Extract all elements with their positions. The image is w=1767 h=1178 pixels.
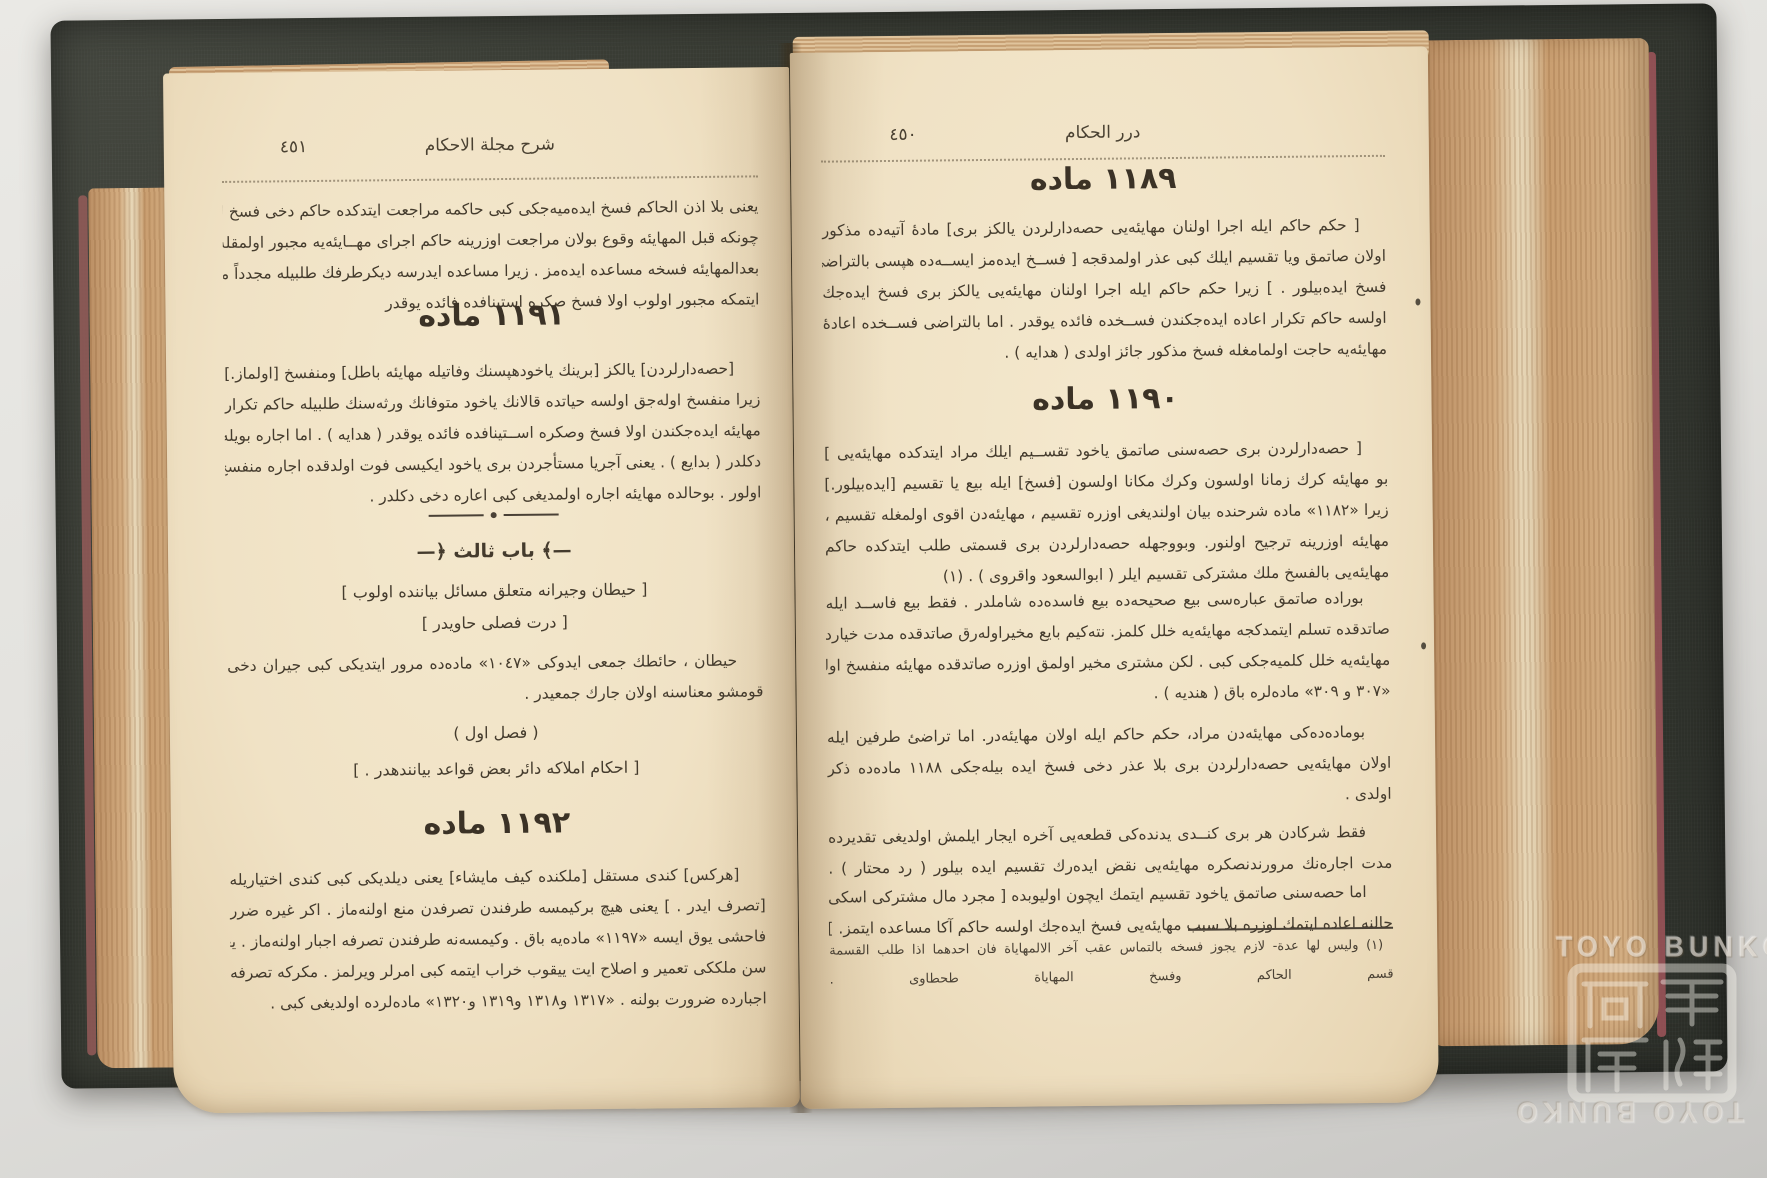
book-photo-scene: ٤٥١ شرح مجلة الاحكام يعنى بلا اذن الحاكم…: [0, 0, 1767, 1178]
text-line: اولان مهايئه‌يى حصه‌دارلردن برى بلا عذر …: [827, 748, 1391, 785]
chapter-note-1: [ حيطان وجيرانه متعلق مسائل بياننده اولو…: [226, 573, 762, 609]
ink-speck: [1421, 642, 1426, 649]
paragraph: فقط شركادن هر برى كنــدى يدنده‌كى قطعه‌ي…: [828, 817, 1393, 885]
paragraph: بوماده‌ده‌كى مهايئه‌دن مراد، حكم حاكم اي…: [827, 717, 1392, 816]
paragraph: [ حصه‌دارلردن برى حصه‌سنى صاتمق ياخود تق…: [824, 433, 1390, 594]
left-running-header: ٤٥١ شرح مجلة الاحكام: [222, 129, 758, 161]
footnote-line: قسم الحاكم وفسخ المهاياة طحطاوى .: [829, 960, 1393, 995]
text-line: «٣٠٧ و ٣٠٩» ماده‌لره باق ( هنديه ) .: [826, 676, 1390, 713]
left-page: ٤٥١ شرح مجلة الاحكام يعنى بلا اذن الحاكم…: [163, 67, 800, 1113]
separator-bar: [504, 513, 559, 516]
left-page-text-column: ٤٥١ شرح مجلة الاحكام يعنى بلا اذن الحاكم…: [221, 67, 768, 1113]
paragraph: [هركس] كندى مستقل [ملكنده كيف مايشاء] يع…: [229, 859, 767, 1020]
text-line: اولدى .: [827, 779, 1391, 816]
fore-edge-right: [1423, 38, 1660, 1046]
chapter-heading-bab-3: —﴾ باب ثالث ﴿—: [226, 533, 762, 569]
chapter-note-2: [ درت فصلى حاويدر ]: [227, 605, 763, 641]
text-line: قومشو معناسنه اولان جارك جمعيدر .: [227, 676, 763, 713]
text-line: اجبارده ضرورت بولنه . «١٣١٧ و١٣١٨ و١٣١٩ …: [231, 983, 767, 1020]
right-page-number: ٤٥٠: [889, 122, 917, 148]
ink-speck: [1415, 298, 1420, 305]
paragraph: بوراده صاتمق عباره‌سى بيع صحيحه‌ده بيع ف…: [825, 583, 1390, 713]
watermark-text-bottom: TOYO BUNKO: [1512, 1095, 1745, 1128]
separator-bar: [429, 514, 484, 517]
paragraph: حيطان ، حائطك جمعى ايدوكى «١٠٤٧» ماده‌ده…: [227, 645, 764, 713]
toyo-bunko-seal: [1566, 962, 1738, 1108]
article-heading-1192: ١١٩٢ ماده: [229, 803, 765, 844]
text-line: مهايئه‌يه حاجت اولمامغله فسخ مذكور جائز …: [823, 334, 1387, 371]
article-heading-1190: ١١٩٠ ماده: [823, 379, 1387, 420]
right-page: ٤٥٠ درر الحكام ١١٨٩ ماده [ حكم حاكم ايله…: [790, 46, 1439, 1109]
left-running-title: شرح مجلة الاحكام: [425, 134, 555, 155]
section-note: [ احكام املاكه دائر بعض قواعد بيانندهدر …: [228, 751, 764, 787]
section-heading-fasl-1: ( فصل اول ): [228, 715, 764, 751]
seal-graphic: [1566, 962, 1738, 1104]
footnote: (١) وليس لها عدة- لازم يجوز فسخه بالتماس…: [829, 931, 1394, 995]
paragraph: [حصه‌دارلردن] يالكز [برينك ياخودهپسنك وف…: [224, 353, 762, 514]
left-page-number: ٤٥١: [280, 134, 308, 160]
separator-dot: [491, 512, 497, 518]
right-running-title: درر الحكام: [1065, 122, 1141, 143]
right-running-header: ٤٥٠ درر الحكام: [821, 117, 1385, 149]
open-book: ٤٥١ شرح مجلة الاحكام يعنى بلا اذن الحاكم…: [50, 3, 1727, 1088]
text-line: اولور . بوحالده مهايئه اجاره اولمديغى كب…: [225, 477, 761, 514]
right-page-text-column: ٤٥٠ درر الحكام ١١٨٩ ماده [ حكم حاكم ايله…: [820, 47, 1395, 1109]
paragraph: [ حكم حاكم ايله اجرا اولنان مهايئه‌يى حص…: [822, 210, 1388, 371]
article-heading-1191: ١١٩١ ماده: [223, 295, 759, 336]
watermark-text-top: TOYO BUNKO: [1556, 931, 1767, 964]
article-heading-1189: ١١٨٩ ماده: [821, 159, 1385, 200]
left-header-rule: [222, 175, 758, 183]
